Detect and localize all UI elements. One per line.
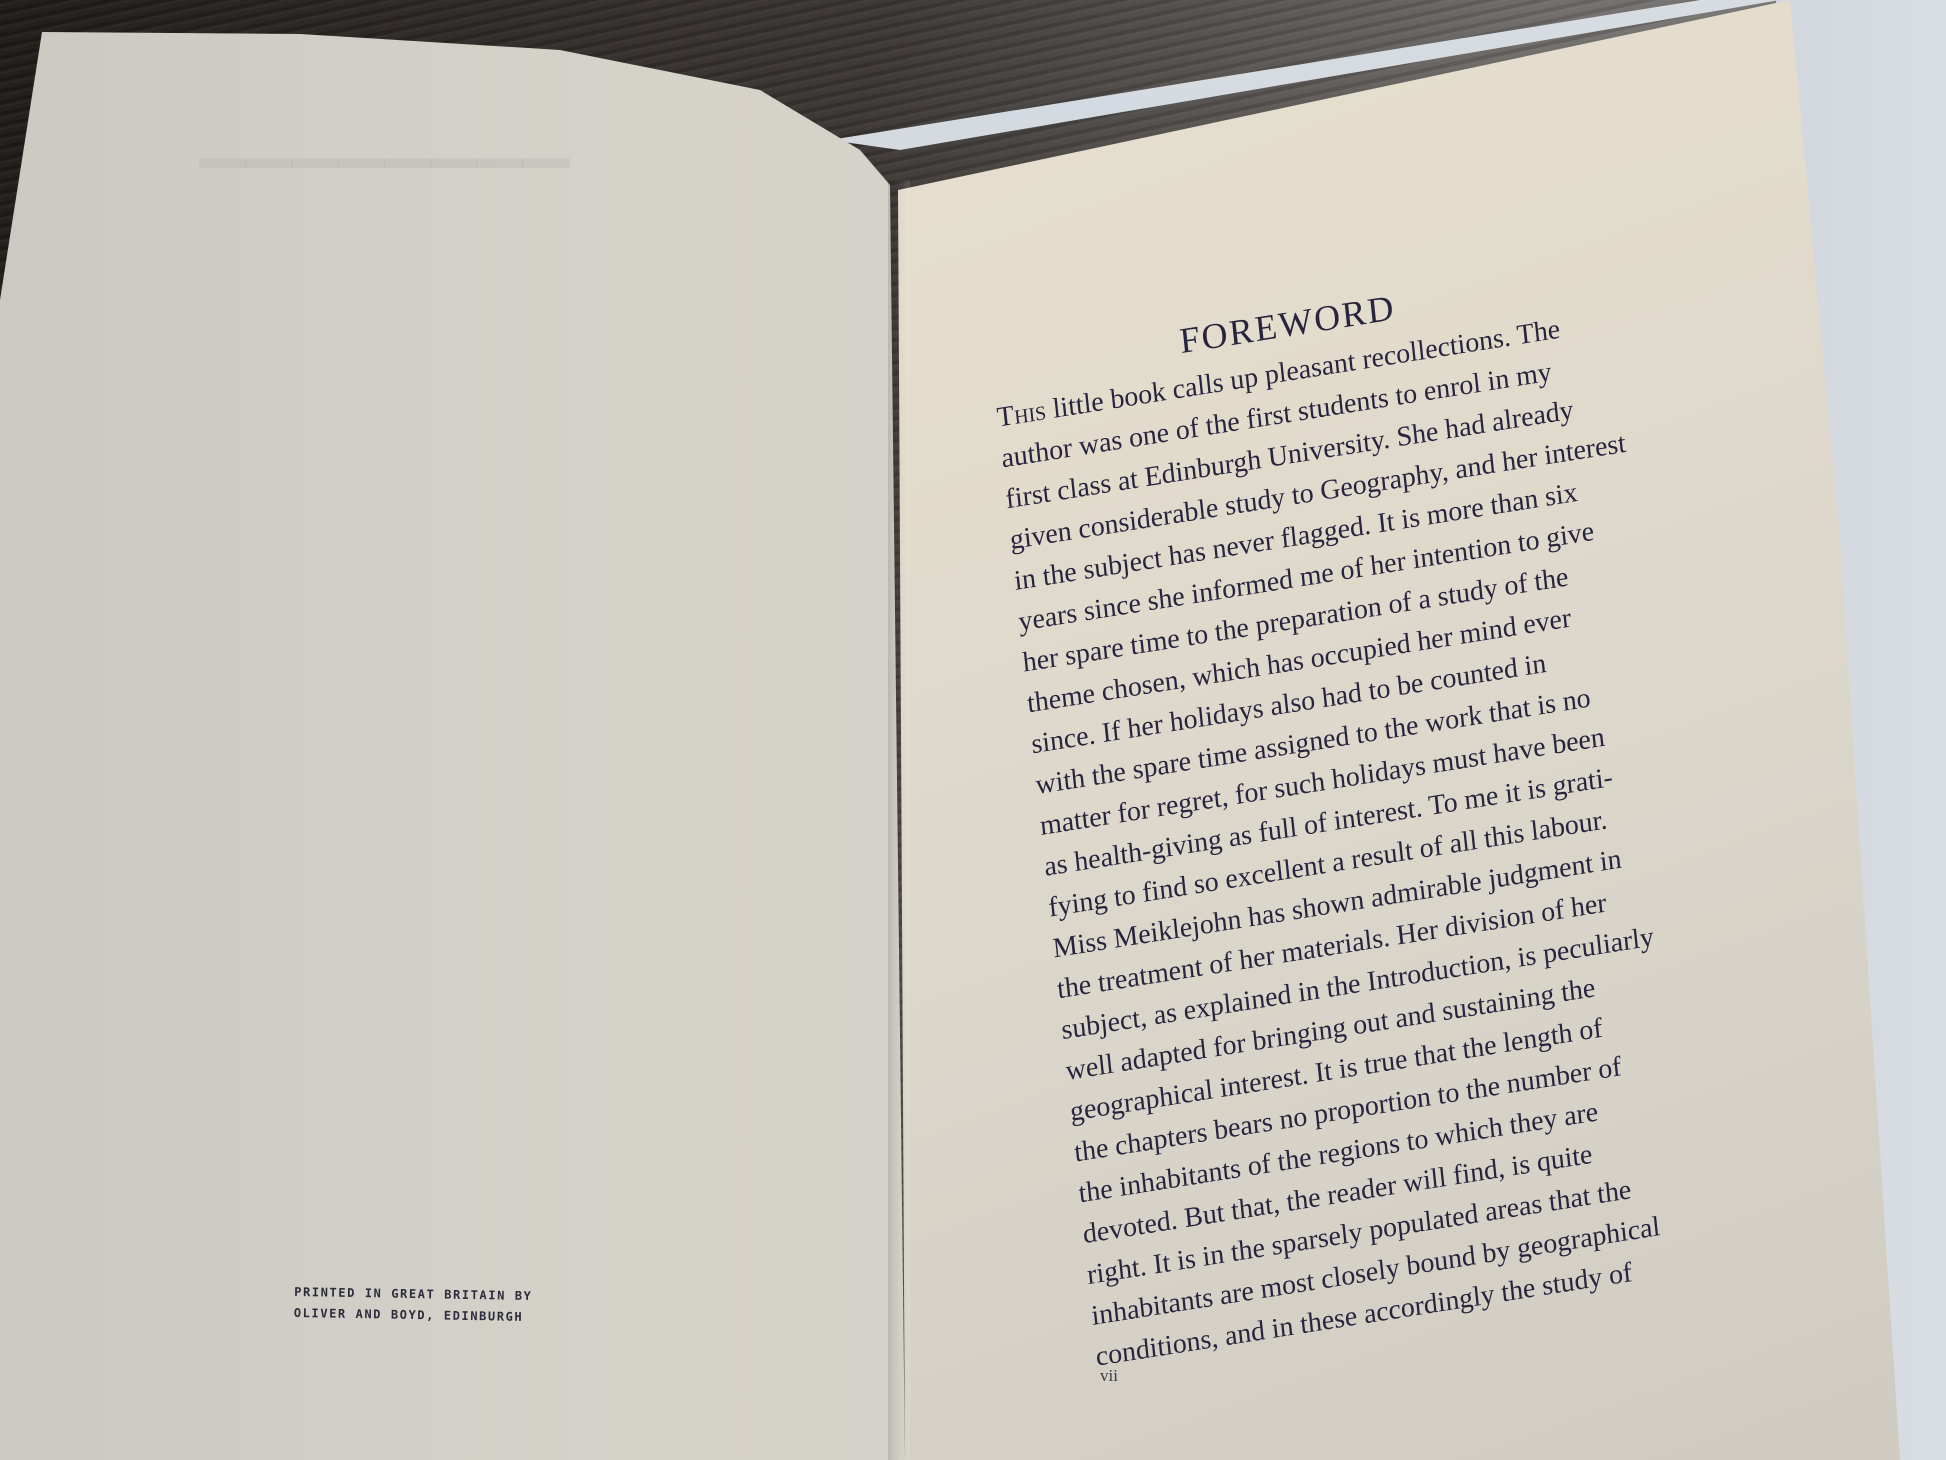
foreword-section: FOREWORD This little book calls up pleas… (990, 252, 1714, 1377)
foreword-first-word: This (996, 395, 1048, 434)
printer-imprint: PRINTED IN GREAT BRITAIN BY OLIVER AND B… (294, 1282, 533, 1328)
book-gutter (888, 180, 910, 1460)
bleed-through-text: ▔▔▔▔▔▔▔▔ (200, 160, 569, 230)
imprint-line-2: OLIVER AND BOYD, EDINBURGH (294, 1303, 533, 1328)
page-number: vii (1100, 1366, 1118, 1386)
foreword-body: This little book calls up pleasant recol… (995, 300, 1714, 1377)
